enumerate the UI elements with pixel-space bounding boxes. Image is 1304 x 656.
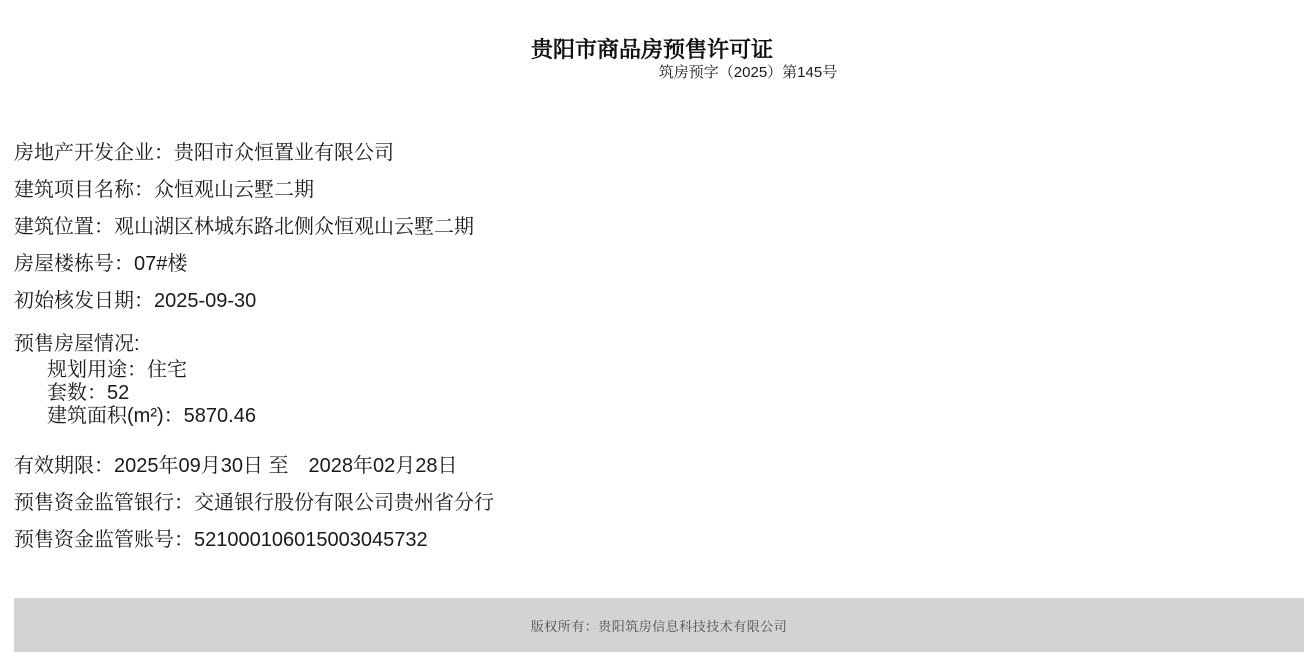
field-label: 初始核发日期：: [14, 290, 154, 312]
presale-permit-page: 贵阳市商品房预售许可证 筑房预字（2025）第145号 房地产开发企业：贵阳市众…: [0, 0, 1304, 656]
field-location: 建筑位置：观山湖区林城东路北侧众恒观山云墅二期: [14, 216, 1284, 239]
field-value: 2025-09-30: [154, 290, 256, 312]
copyright-text: 版权所有：贵阳筑房信息科技技术有限公司: [531, 616, 788, 635]
field-value: 贵阳市众恒置业有限公司: [174, 142, 394, 164]
field-value: 07#楼: [134, 253, 187, 275]
field-value: 观山湖区林城东路北侧众恒观山云墅二期: [114, 216, 474, 238]
field-developer: 房地产开发企业：贵阳市众恒置业有限公司: [14, 142, 1284, 165]
license-number: 筑房预字（2025）第145号: [96, 64, 1304, 82]
field-label: 规划用途：: [47, 359, 147, 381]
presale-item-unit-count: 套数：52: [47, 382, 1284, 405]
field-supervision-account: 预售资金监管账号：521000106015003045732: [14, 529, 1284, 552]
presale-item-list: 规划用途：住宅 套数：52 建筑面积(m²)：5870.46: [14, 359, 1284, 428]
page-title: 贵阳市商品房预售许可证: [0, 38, 1304, 62]
field-label: 建筑面积(m²)：: [47, 405, 184, 427]
field-building-number: 房屋楼栋号：07#楼: [14, 253, 1284, 276]
permit-details: 房地产开发企业：贵阳市众恒置业有限公司 建筑项目名称：众恒观山云墅二期 建筑位置…: [0, 82, 1304, 566]
footer-bar: 版权所有：贵阳筑房信息科技技术有限公司: [14, 598, 1304, 652]
field-project-name: 建筑项目名称：众恒观山云墅二期: [14, 179, 1284, 202]
field-value: 5870.46: [184, 405, 256, 427]
field-value: 交通银行股份有限公司贵州省分行: [194, 492, 494, 514]
presale-item-planned-use: 规划用途：住宅: [47, 359, 1284, 382]
field-label: 预售资金监管账号：: [14, 529, 194, 551]
field-label: 建筑位置：: [14, 216, 114, 238]
field-value: 住宅: [147, 359, 187, 381]
field-label: 套数：: [47, 382, 107, 404]
field-label: 房地产开发企业：: [14, 142, 174, 164]
presale-item-floor-area: 建筑面积(m²)：5870.46: [47, 405, 1284, 428]
field-supervision-bank: 预售资金监管银行：交通银行股份有限公司贵州省分行: [14, 492, 1284, 515]
field-initial-issue-date: 初始核发日期：2025-09-30: [14, 290, 1284, 313]
field-value: 众恒观山云墅二期: [154, 179, 314, 201]
field-value: 2025年09月30日 至 2028年02月28日: [114, 455, 458, 477]
field-label: 建筑项目名称：: [14, 179, 154, 201]
field-label: 房屋楼栋号：: [14, 253, 134, 275]
presale-section-label: 预售房屋情况:: [14, 333, 1284, 356]
permit-header: 贵阳市商品房预售许可证 筑房预字（2025）第145号: [0, 0, 1304, 82]
field-value: 521000106015003045732: [194, 529, 428, 551]
field-value: 52: [107, 382, 129, 404]
field-label: 有效期限：: [14, 455, 114, 477]
presale-housing-section: 预售房屋情况: 规划用途：住宅 套数：52 建筑面积(m²)：5870.46: [14, 333, 1284, 428]
field-label: 预售资金监管银行：: [14, 492, 194, 514]
field-validity-period: 有效期限：2025年09月30日 至 2028年02月28日: [14, 455, 1284, 478]
